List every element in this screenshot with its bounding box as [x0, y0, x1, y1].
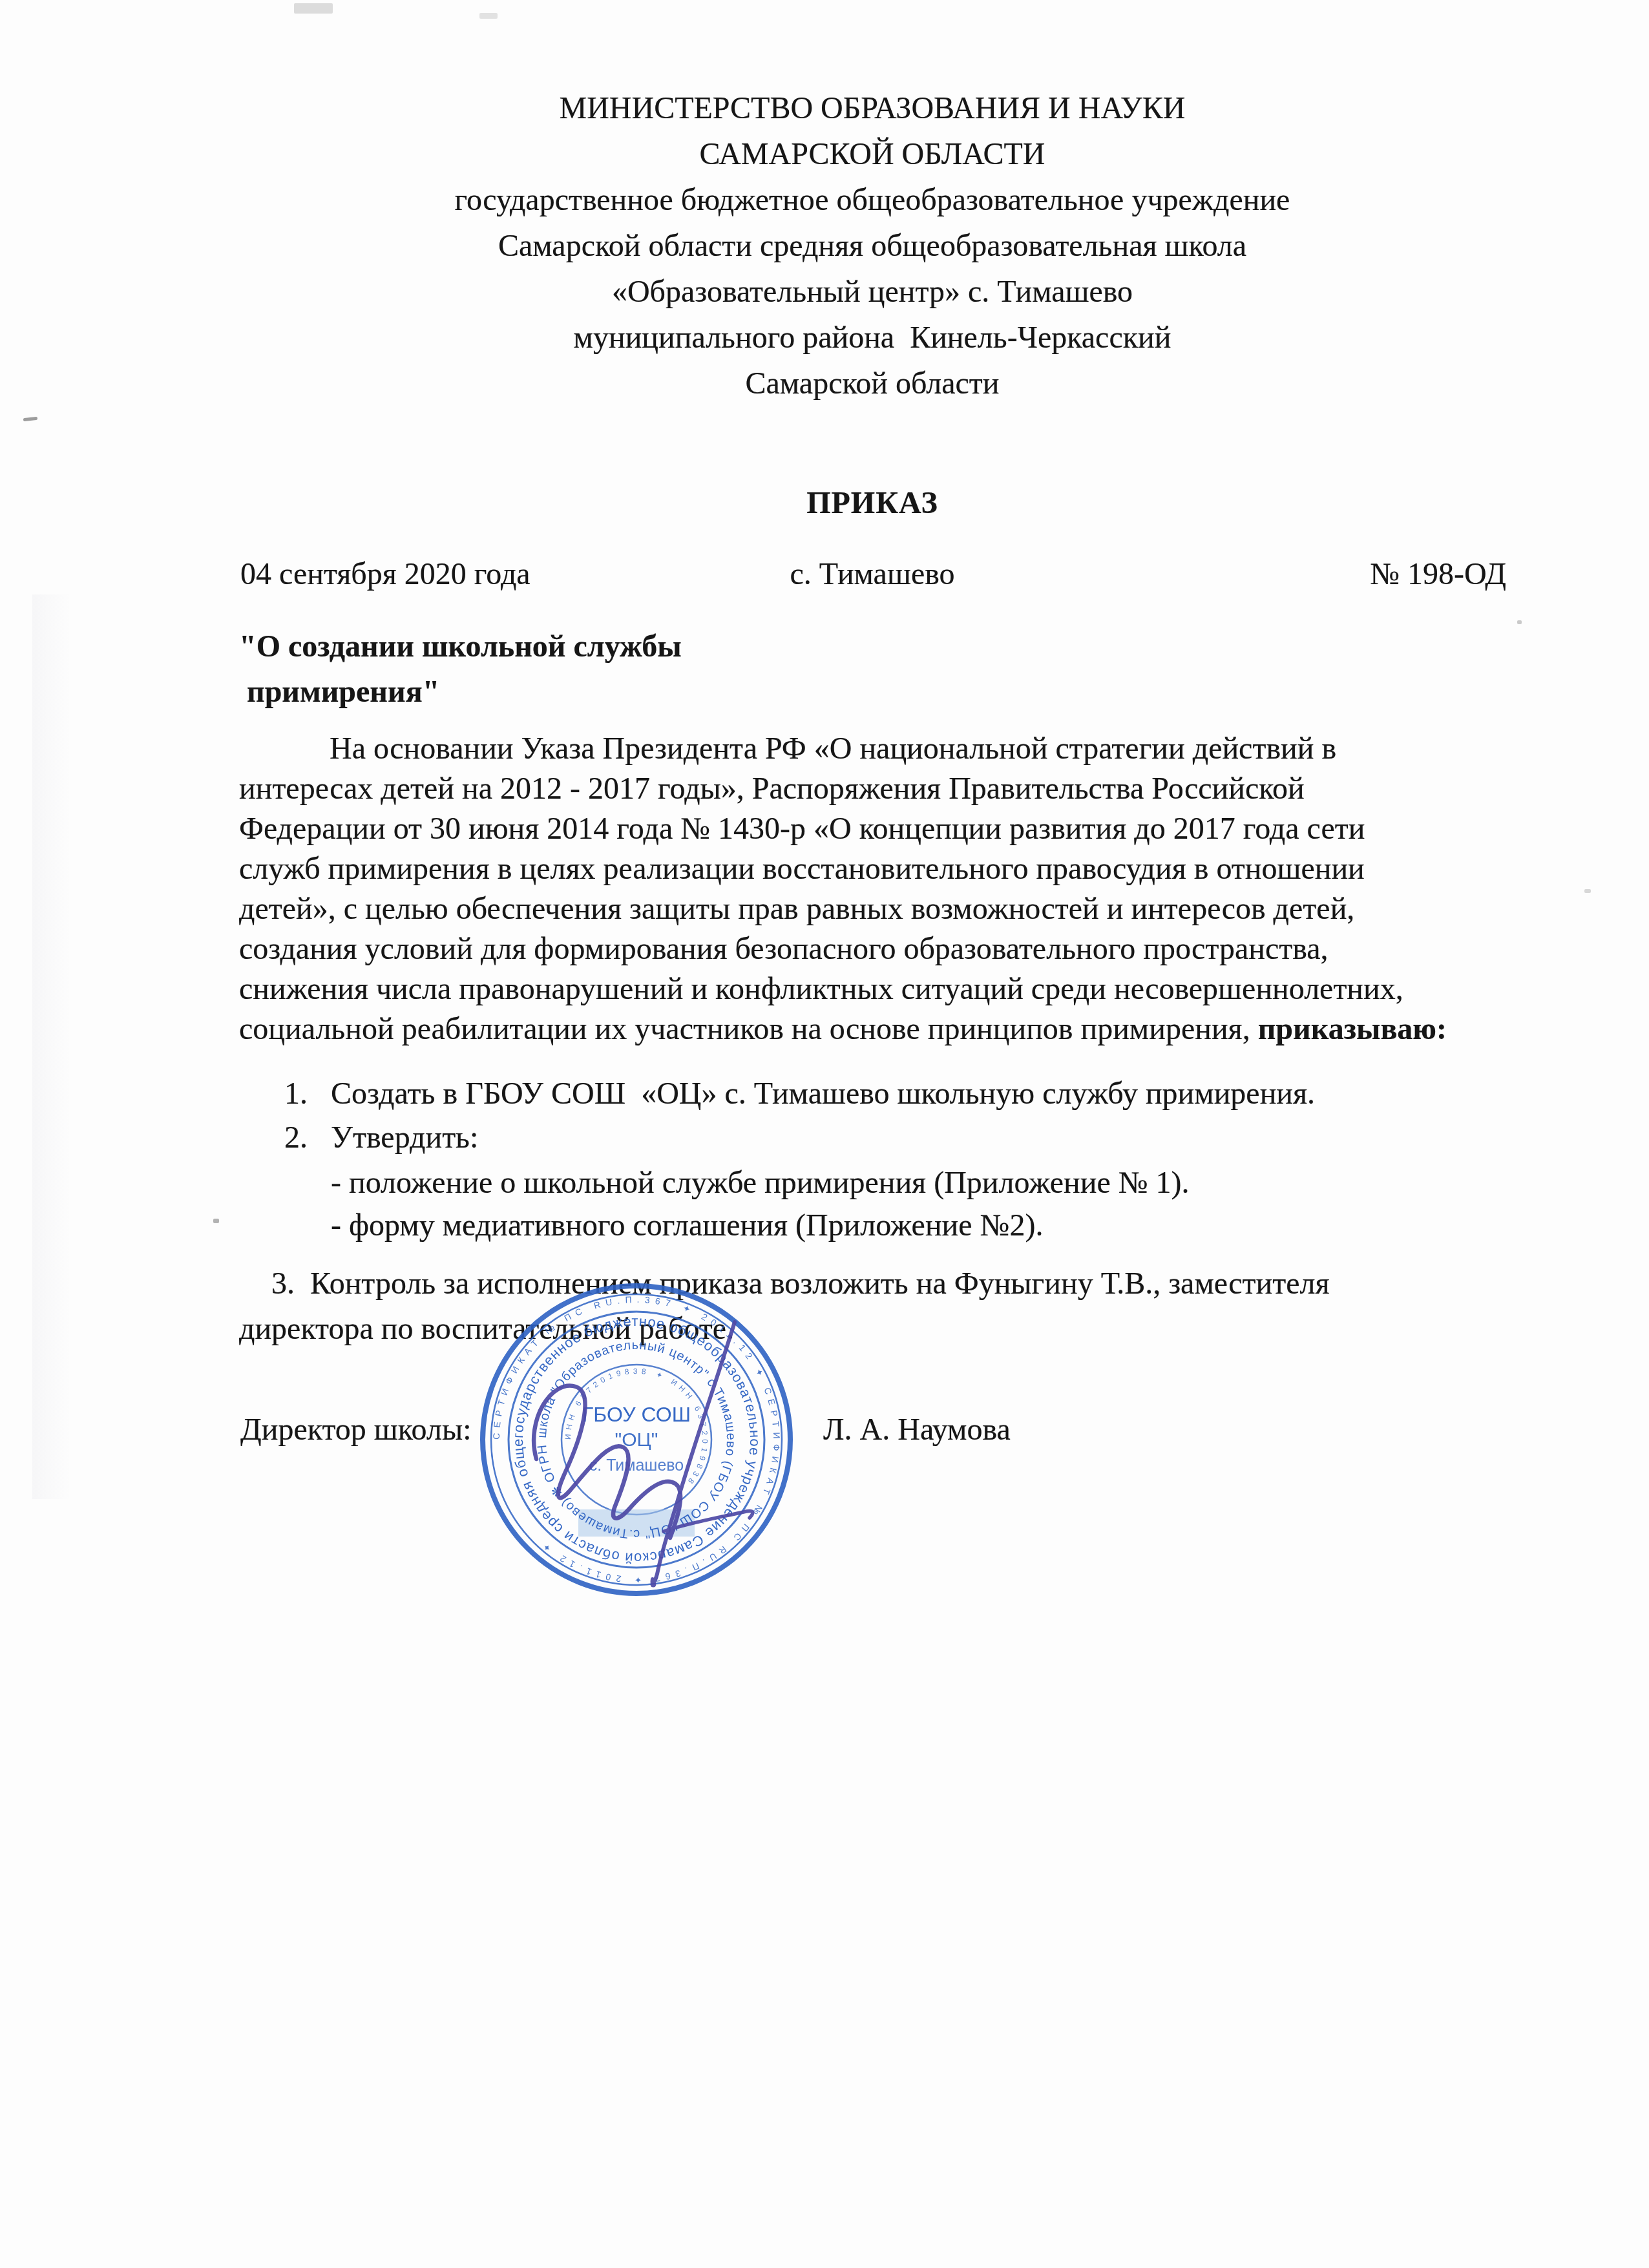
school-region-line: Самарской области средняя общеобразовате… — [239, 223, 1506, 269]
letterhead: МИНИСТЕРСТВО ОБРАЗОВАНИЯ И НАУКИ САМАРСК… — [239, 85, 1506, 406]
meta-row: 04 сентября 2020 года с. Тимашево № 198-… — [0, 554, 1649, 594]
signature-name: Л. А. Наумова — [823, 1410, 1011, 1450]
scan-speck — [294, 3, 333, 14]
document-title: ПРИКАЗ — [239, 483, 1506, 523]
school-round-stamp: СЕРТИФИКАТ № ПС RU.П.367 ✦ 2011.12 ✦ СЕР… — [449, 1252, 824, 1627]
order-place: с. Тимашево — [239, 554, 1506, 594]
school-region2-line: Самарской области — [239, 361, 1506, 406]
school-name-line: «Образовательный центр» с. Тимашево — [239, 269, 1506, 315]
school-type-line: государственное бюджетное общеобразовате… — [239, 177, 1506, 223]
stamp-center-text: ГБОУ СОШ "ОЦ" с. Тимашево — [582, 1403, 691, 1475]
order-subject: "О создании школьной службы примирения" — [239, 624, 682, 715]
scan-noise-band — [32, 594, 71, 1499]
ministry-name-line: МИНИСТЕРСТВО ОБРАЗОВАНИЯ И НАУКИ — [239, 85, 1506, 131]
order-subject-line1: "О создании школьной службы — [239, 624, 682, 669]
preamble-decree-word: приказываю: — [1258, 1012, 1447, 1046]
ministry-region-line: САМАРСКОЙ ОБЛАСТИ — [239, 131, 1506, 177]
scanned-order-document: МИНИСТЕРСТВО ОБРАЗОВАНИЯ И НАУКИ САМАРСК… — [0, 0, 1649, 2268]
order-item-1: 1. Создать в ГБОУ СОШ «ОЦ» с. Тимашево ш… — [284, 1074, 1315, 1114]
stamp-center-line3: с. Тимашево — [589, 1456, 684, 1475]
order-number: № 198-ОД — [1370, 554, 1506, 594]
order-item-2-sub-1: - положение о школьной службе примирения… — [331, 1163, 1190, 1203]
scan-speck — [479, 13, 498, 19]
preamble-last-regular: социальной реабилитации их участников на… — [239, 1012, 1258, 1046]
order-item-2-sub-2: - форму медиативного соглашения (Приложе… — [331, 1206, 1043, 1246]
scan-speck — [213, 1219, 219, 1223]
scan-speck — [1517, 620, 1522, 624]
signature-role-label: Директор школы: — [240, 1410, 472, 1450]
scan-speck — [23, 417, 37, 421]
order-item-2: 2. Утвердить: — [284, 1118, 478, 1158]
stamp-center-line1: ГБОУ СОШ — [582, 1403, 691, 1426]
scan-speck — [1584, 889, 1591, 893]
school-district-line: муниципального района Кинель-Черкасский — [239, 315, 1506, 361]
preamble-paragraph: На основании Указа Президента РФ «О наци… — [239, 729, 1528, 1009]
preamble-last-line: социальной реабилитации их участников на… — [239, 1009, 1447, 1049]
order-subject-line2: примирения" — [239, 669, 682, 715]
